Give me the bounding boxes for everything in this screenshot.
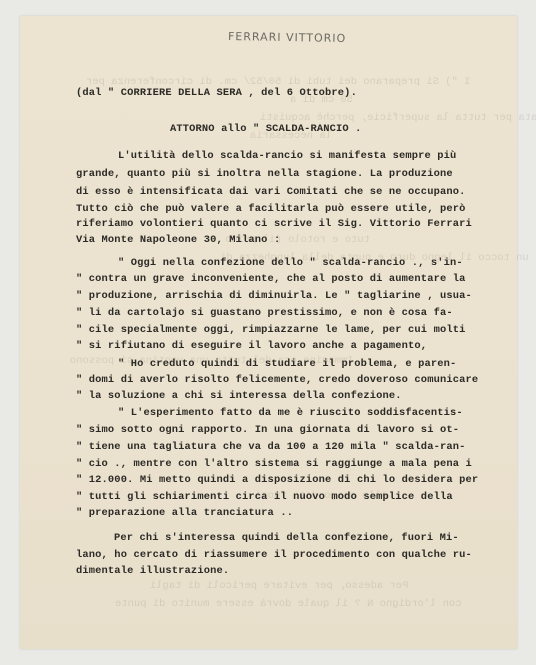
paragraph-line: di esso è intensificata dai vari Comitat… — [76, 186, 466, 198]
paragraph-line: " contra un grave inconveniente, che al … — [76, 273, 466, 285]
paragraph-line: " tutti gli schiarimenti circa il nuovo … — [76, 491, 453, 503]
paragraph-line: " si rifiutano di eseguire il lavoro anc… — [76, 340, 427, 352]
paragraph-line: " domi di averlo risolto felicemente, cr… — [76, 374, 478, 386]
paragraph-line: grande, quanto più si inoltra nella stag… — [76, 168, 453, 180]
paragraph-line: riferiamo volontieri quanto ci scrive il… — [76, 218, 472, 230]
paragraph-line: lano, ho cercato di riassumere il proced… — [76, 549, 472, 561]
paragraph-line: " Ho creduto quindi di studiare il probl… — [118, 358, 456, 370]
paragraph-line: " cio ., mentre con l'altro sistema si r… — [76, 458, 472, 470]
paragraph-line: " simo sotto ogni rapporto. In una giorn… — [76, 424, 459, 436]
paragraph-line: " tiene una tagliatura che va da 100 a 1… — [76, 441, 466, 453]
source-line: (dal " CORRIERE DELLA SERA , del 6 Ottob… — [76, 87, 357, 99]
bleed-through-line: con l'ordigno N ? il quale dovrà essere … — [115, 598, 462, 610]
paragraph-line: Tutto ciò che può valere a facilitarla p… — [76, 203, 466, 215]
article-heading: ATTORNO allo " SCALDA-RANCIO . — [170, 123, 362, 135]
paragraph-line: Per chi s'interessa quindi della confezi… — [114, 532, 459, 544]
paragraph-line: Via Monte Napoleone 30, Milano : — [76, 234, 280, 246]
paragraph-line: " Oggi nella confezione dello " scalda-r… — [118, 257, 463, 269]
paragraph-line: " li da cartolajo si guastano prestissim… — [76, 307, 453, 319]
handwritten-note: FERRARI VITTORIO — [228, 30, 346, 45]
paragraph-line: L'utilità dello scalda-rancio si manifes… — [118, 150, 456, 162]
paragraph-line: " preparazione alla tranciatura .. — [76, 507, 293, 519]
paragraph-line: " la soluzione a chi si interessa della … — [76, 390, 402, 402]
bleed-through-line: Per adesso, per evitare pericoli di tagl… — [150, 580, 408, 592]
paragraph-line: " 12.000. Mi metto quindi a disposizione… — [76, 474, 478, 486]
paragraph-line: " cile specialmente oggi, rimpiazzarne l… — [76, 324, 466, 336]
paragraph-line: dimentale illustrazione. — [76, 565, 229, 577]
paragraph-line: " L'esperimento fatto da me è riuscito s… — [118, 407, 463, 419]
paragraph-line: " produzione, arrischia di diminuirla. L… — [76, 290, 472, 302]
